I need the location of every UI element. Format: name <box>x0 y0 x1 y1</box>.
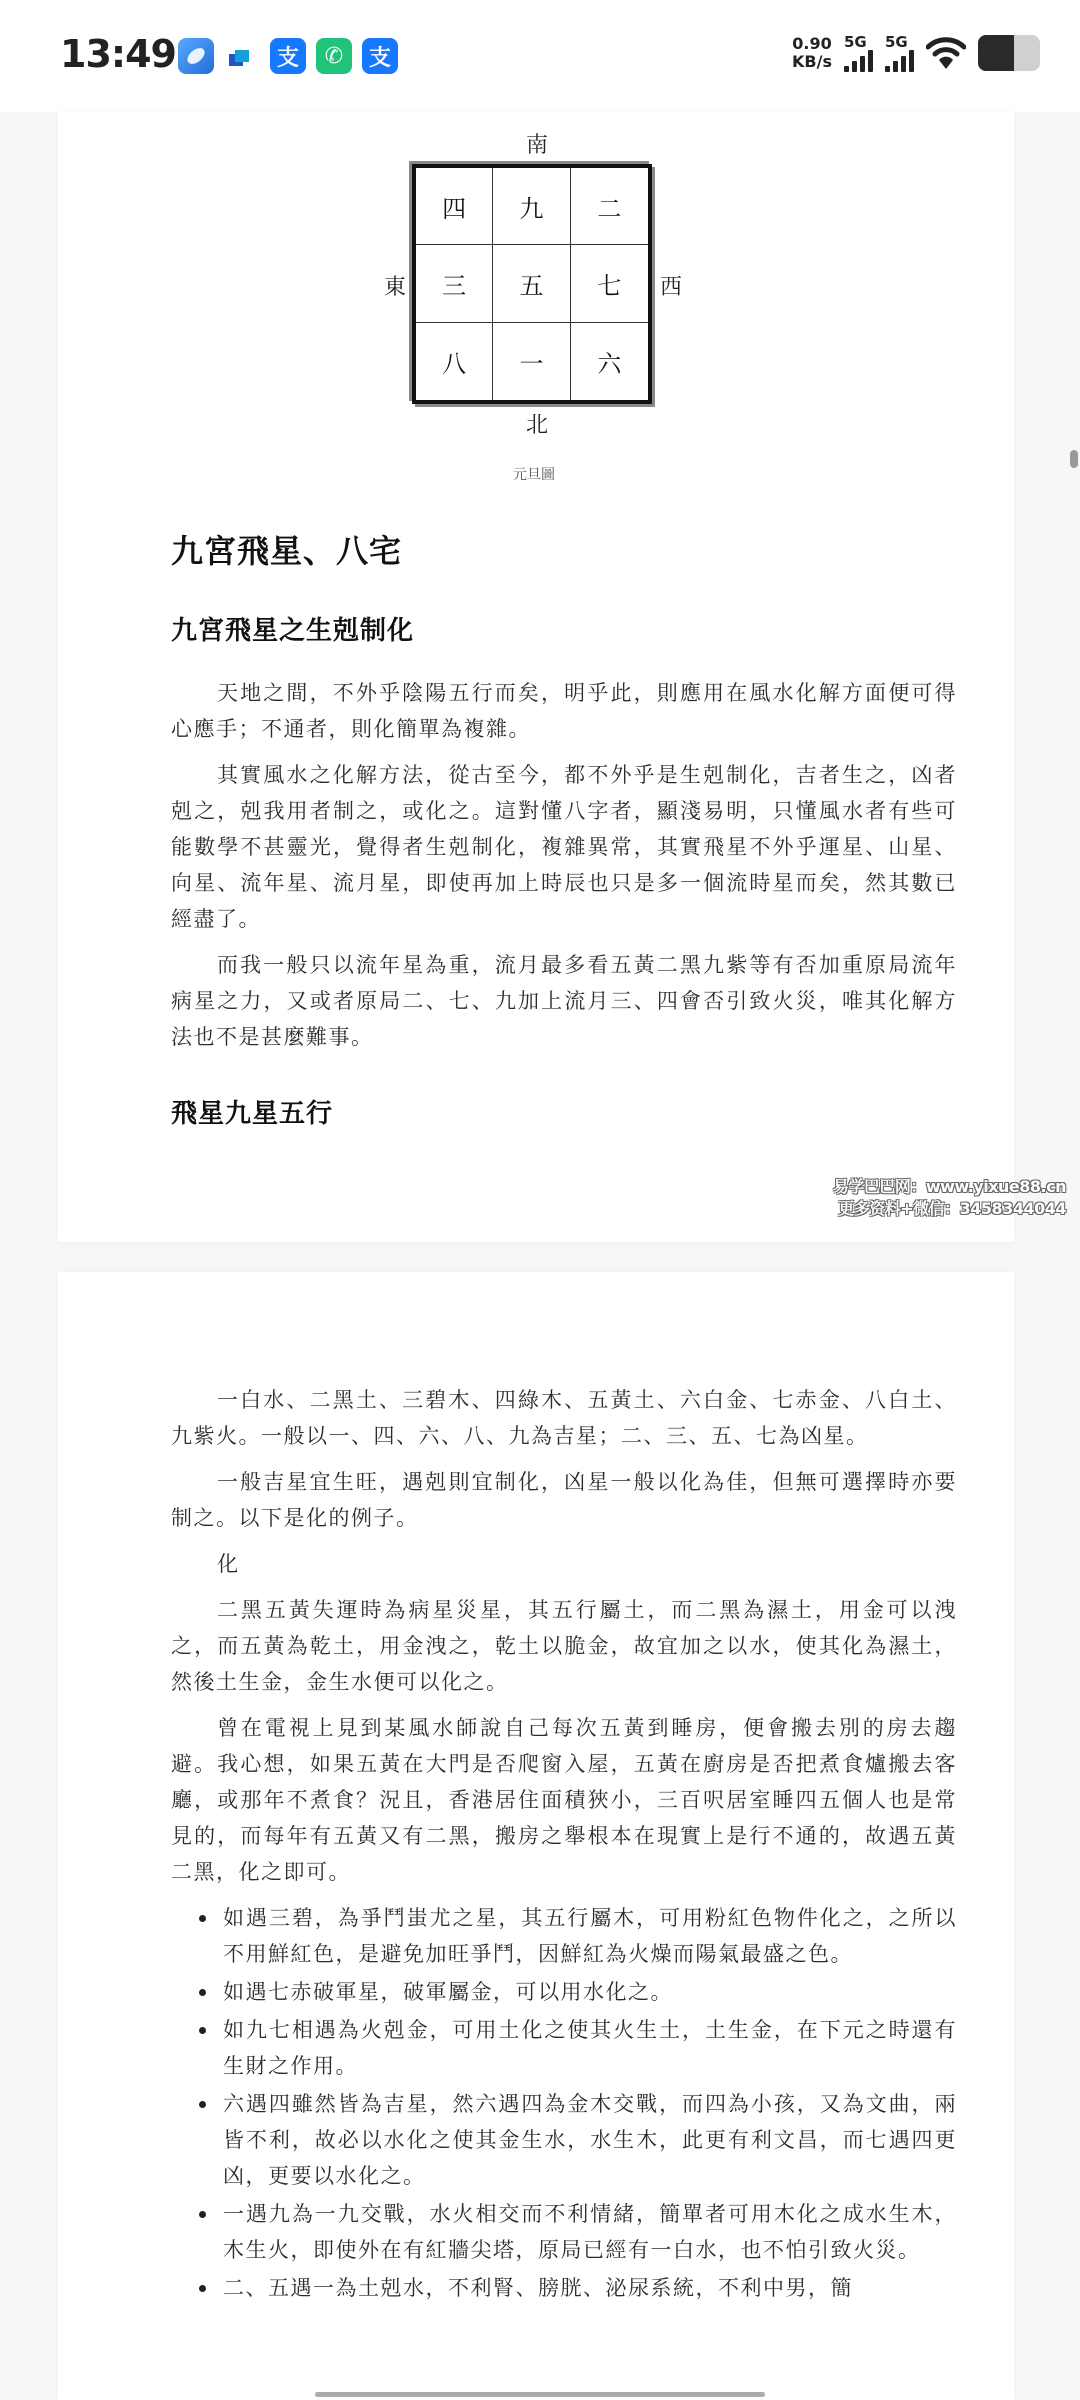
subheading-paragraph: 化 <box>171 1546 957 1582</box>
alipay-icon: 支 <box>270 38 306 74</box>
direction-west: 西 <box>660 270 682 301</box>
page-2-content: 一白水、二黑土、三碧木、四綠木、五黃土、六白金、七赤金、八白土、九紫火。一般以一… <box>171 1382 957 2308</box>
document-page-2: 一白水、二黑土、三碧木、四綠木、五黃土、六白金、七赤金、八白土、九紫火。一般以一… <box>58 1272 1014 2400</box>
signal-bars-icon <box>844 50 873 72</box>
sim2-network-label: 5G <box>885 34 908 50</box>
grid-cell: 九 <box>493 168 570 245</box>
list-item: 六遇四雖然皆為吉星，然六遇四為金木交戰，而四為小孩，又為文曲，兩皆不利，故必以水… <box>223 2086 957 2194</box>
wifi-icon <box>926 35 966 71</box>
grid-cell: 三 <box>416 245 493 322</box>
document-page-1: 南 東 西 北 四 九 二 三 五 七 八 一 六 元旦圖 九宮飛星、八宅 九宮… <box>58 112 1014 1242</box>
grid-cell: 一 <box>493 323 570 400</box>
bullet-list: 如遇三碧，為爭鬥蚩尤之星，其五行屬木，可用粉紅色物件化之，之所以不用鮮紅色，是避… <box>223 1900 957 2306</box>
sim1-signal: 5G <box>844 34 873 72</box>
paragraph: 曾在電視上見到某風水師說自己每次五黃到睡房，便會搬去別的房去趨避。我心想，如果五… <box>171 1710 957 1890</box>
section-heading: 九宮飛星之生剋制化 <box>171 610 957 647</box>
sim1-network-label: 5G <box>844 34 867 50</box>
paragraph: 一白水、二黑土、三碧木、四綠木、五黃土、六白金、七赤金、八白土、九紫火。一般以一… <box>171 1382 957 1454</box>
grid-cell: 二 <box>571 168 648 245</box>
network-speed: 0.90 KB/s <box>792 35 832 71</box>
list-item: 如遇三碧，為爭鬥蚩尤之星，其五行屬木，可用粉紅色物件化之，之所以不用鮮紅色，是避… <box>223 1900 957 1972</box>
scrollbar-thumb[interactable] <box>1070 450 1078 468</box>
system-indicators: 0.90 KB/s 5G 5G <box>792 34 1040 72</box>
direction-north: 北 <box>526 408 548 439</box>
paragraph: 而我一般只以流年星為重，流月最多看五黃二黑九紫等有否加重原局流年病星之力，又或者… <box>171 947 957 1055</box>
home-indicator[interactable] <box>315 2392 765 2397</box>
grid-cell: 四 <box>416 168 493 245</box>
palace-grid: 四 九 二 三 五 七 八 一 六 <box>412 164 652 404</box>
paragraph: 二黑五黃失運時為病星災星，其五行屬土，而二黑為濕土，用金可以洩之，而五黃為乾土，… <box>171 1592 957 1700</box>
network-speed-unit: KB/s <box>792 53 832 71</box>
list-item: 二、五遇一為土剋水，不利腎、膀胱、泌尿系統，不利中男，簡 <box>223 2270 957 2306</box>
list-item: 如遇七赤破軍星，破軍屬金，可以用水化之。 <box>223 1974 957 2010</box>
direction-east: 東 <box>384 270 406 301</box>
message-icon <box>224 38 260 74</box>
list-item: 如九七相遇為火剋金，可用土化之使其火生土，土生金，在下元之時還有生財之作用。 <box>223 2012 957 2084</box>
phone-call-icon: ✆ <box>316 38 352 74</box>
watermark: 易学巴巴网：www.yixue88.cn 更多资料+微信：3458344044 <box>833 1176 1066 1220</box>
nine-palace-diagram: 南 東 西 北 四 九 二 三 五 七 八 一 六 元旦圖 <box>58 112 1014 492</box>
grid-cell: 八 <box>416 323 493 400</box>
alipay-icon: 支 <box>362 38 398 74</box>
paragraph: 天地之間，不外乎陰陽五行而矣，明乎此，則應用在風水化解方面便可得心應手；不通者，… <box>171 675 957 747</box>
direction-south: 南 <box>526 128 548 159</box>
signal-bars-icon <box>885 50 914 72</box>
paragraph: 其實風水之化解方法，從古至今，都不外乎是生剋制化，吉者生之，凶者剋之，剋我用者制… <box>171 757 957 937</box>
browser-icon <box>178 38 214 74</box>
grid-cell: 七 <box>571 245 648 322</box>
watermark-line: 易学巴巴网：www.yixue88.cn <box>833 1176 1066 1198</box>
chapter-title: 九宮飛星、八宅 <box>171 526 957 572</box>
network-speed-value: 0.90 <box>792 35 832 53</box>
page-1-content: 九宮飛星、八宅 九宮飛星之生剋制化 天地之間，不外乎陰陽五行而矣，明乎此，則應用… <box>171 522 957 1158</box>
paragraph: 一般吉星宜生旺，遇剋則宜制化，凶星一般以化為佳，但無可選擇時亦要制之。以下是化的… <box>171 1464 957 1536</box>
battery-icon <box>978 35 1040 71</box>
watermark-line: 更多资料+微信：3458344044 <box>833 1198 1066 1220</box>
clock: 13:49 <box>60 32 176 76</box>
sim2-signal: 5G <box>885 34 914 72</box>
list-item: 一遇九為一九交戰，水火相交而不利情緒，簡單者可用木化之成水生木，木生火，即使外在… <box>223 2196 957 2268</box>
grid-cell: 六 <box>571 323 648 400</box>
battery-level-fill <box>978 35 1014 71</box>
status-bar: 13:49 支 ✆ 支 0.90 KB/s 5G 5G <box>0 0 1080 112</box>
section-heading: 飛星九星五行 <box>171 1093 957 1130</box>
grid-cell: 五 <box>493 245 570 322</box>
diagram-caption: 元旦圖 <box>513 464 555 484</box>
notification-icons: 支 ✆ 支 <box>178 38 398 74</box>
